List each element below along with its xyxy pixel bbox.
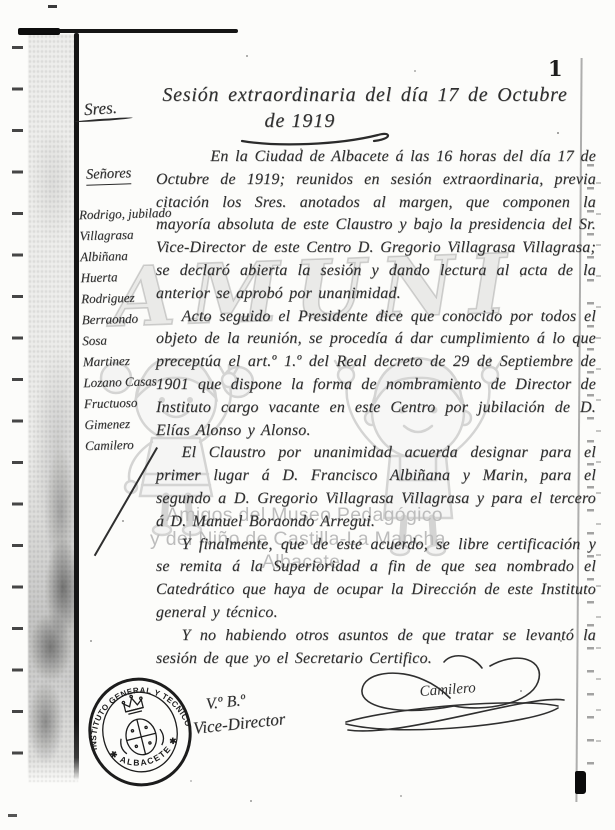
body-paragraph-2: Acto seguido el Presidente dice que cono…	[156, 306, 596, 443]
scanned-document-page: AMUNI	[0, 0, 615, 830]
institute-stamp: INSTITUTO GENERAL Y TECNICO ✱ ALBACETE ✱	[84, 676, 196, 788]
binding-shadow	[28, 34, 78, 782]
dust-specks	[0, 0, 2, 2]
ink-blot	[575, 771, 586, 794]
page-top-edge-line	[20, 29, 238, 33]
tick-mark	[48, 5, 57, 8]
minutes-body-text: En la Ciudad de Albacete á las 16 horas …	[156, 146, 596, 670]
binding-edge-line	[74, 33, 79, 780]
margin-tick-marks	[12, 46, 23, 782]
vo-bo-label: V.º B.º	[205, 692, 246, 714]
bleed-through-marks	[596, 158, 601, 758]
signature-name-text: Camilero	[419, 680, 477, 700]
margin-heading-senores: Señores	[86, 165, 132, 186]
body-paragraph-4: Y finalmente, que de este acuerdo, se li…	[156, 534, 596, 625]
session-title-line1: Sesión extraordinaria del día 17 de Octu…	[148, 84, 582, 107]
body-paragraph-3: El Claustro por unanimidad acuerda desig…	[156, 442, 596, 533]
body-paragraph-1: En la Ciudad de Albacete á las 16 horas …	[156, 146, 596, 306]
tick-mark	[8, 814, 17, 817]
secretary-signature-flourish: Camilero	[332, 646, 576, 748]
addressee-abbreviation: Sres.	[83, 98, 117, 120]
page-number: 1	[548, 56, 563, 81]
